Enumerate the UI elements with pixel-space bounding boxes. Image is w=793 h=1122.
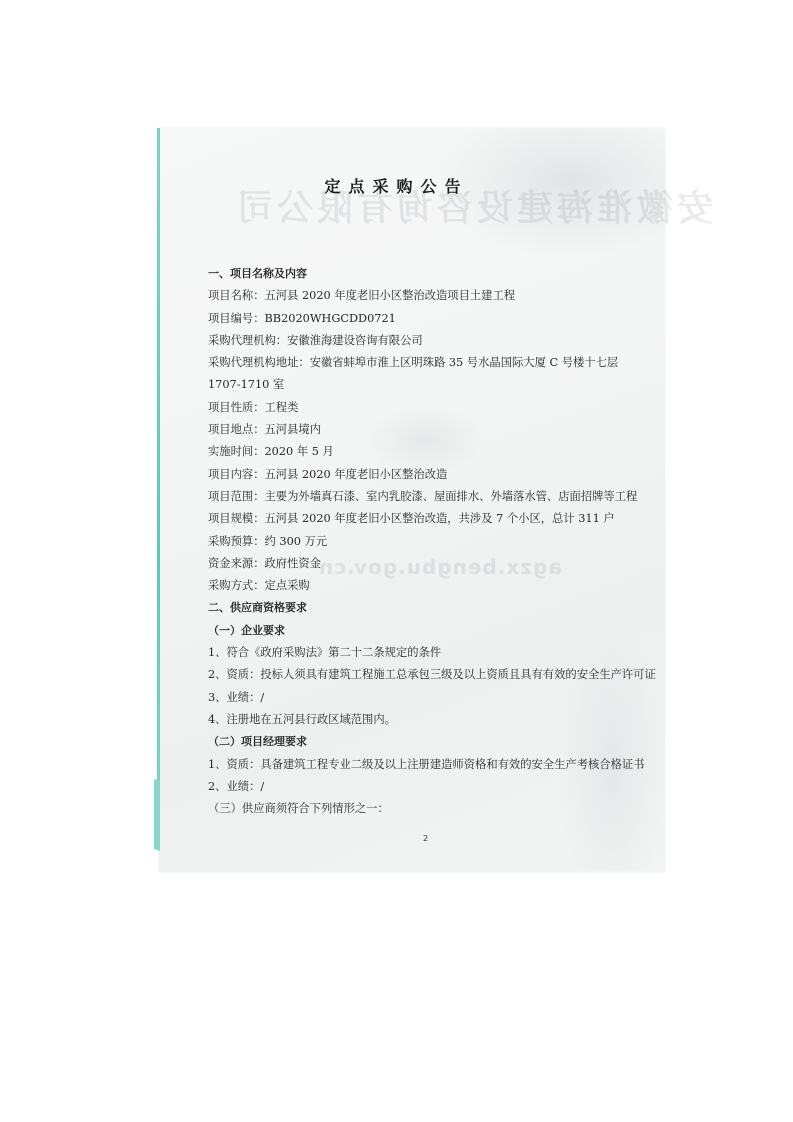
field-method: 采购方式：定点采购 <box>208 575 638 597</box>
requirement-item: 2、资质：投标人须具有建筑工程施工总承包三级及以上资质且具有有效的安全生产许可证 <box>208 664 638 686</box>
field-value: 安徽淮海建设咨询有限公司 <box>287 334 423 347</box>
section-heading: 一、项目名称及内容 <box>208 263 638 285</box>
section-heading: 二、供应商资格要求 <box>208 597 638 619</box>
document-title: 定点采购公告 <box>0 174 793 197</box>
field-project-number: 项目编号：BB2020WHGCDD0721 <box>208 308 638 330</box>
field-schedule: 实施时间：2020 年 5 月 <box>208 441 638 463</box>
field-scale: 项目规模：五河县 2020 年度老旧小区整治改造，共涉及 7 个小区，总计 31… <box>208 508 638 530</box>
document-body: 一、项目名称及内容 项目名称：五河县 2020 年度老旧小区整治改造项目土建工程… <box>208 263 638 820</box>
field-value: 2020 年 5 月 <box>265 445 334 458</box>
field-content: 项目内容：五河县 2020 年度老旧小区整治改造 <box>208 464 638 486</box>
field-value: 约 300 万元 <box>265 535 328 548</box>
subsection-heading: （二）项目经理要求 <box>208 731 638 753</box>
requirement-item: 1、符合《政府采购法》第二十二条规定的条件 <box>208 642 638 664</box>
paper-edge-fold <box>154 779 160 851</box>
field-value: 定点采购 <box>265 579 310 592</box>
requirement-item: 4、注册地在五河县行政区域范围内。 <box>208 709 638 731</box>
field-value: 五河县 2020 年度老旧小区整治改造，共涉及 7 个小区，总计 311 户 <box>265 512 615 525</box>
field-label: 采购代理机构： <box>208 334 287 347</box>
field-location: 项目地点：五河县境内 <box>208 419 638 441</box>
field-budget: 采购预算：约 300 万元 <box>208 531 638 553</box>
field-value: BB2020WHGCDD0721 <box>265 312 396 325</box>
field-label: 实施时间： <box>208 445 265 458</box>
field-value: 五河县 2020 年度老旧小区整治改造 <box>265 468 448 481</box>
field-label: 采购代理机构地址： <box>208 356 310 369</box>
field-project-name: 项目名称：五河县 2020 年度老旧小区整治改造项目土建工程 <box>208 285 638 307</box>
field-label: 项目范围： <box>208 490 265 503</box>
subsection-heading: （一）企业要求 <box>208 620 638 642</box>
requirement-item: 3、业绩：/ <box>208 687 638 709</box>
field-value: 主要为外墙真石漆、室内乳胶漆、屋面排水、外墙落水管、店面招牌等工程 <box>265 490 638 503</box>
requirement-item: 2、业绩：/ <box>208 776 638 798</box>
requirement-item: 1、资质：具备建筑工程专业二级及以上注册建造师资格和有效的安全生产考核合格证书 <box>208 754 638 776</box>
field-scope: 项目范围：主要为外墙真石漆、室内乳胶漆、屋面排水、外墙落水管、店面招牌等工程 <box>208 486 638 508</box>
field-value: 工程类 <box>265 401 299 414</box>
subsection-heading: （三）供应商须符合下列情形之一： <box>208 798 638 820</box>
field-label: 项目内容： <box>208 468 265 481</box>
field-label: 项目性质： <box>208 401 265 414</box>
field-label: 资金来源： <box>208 557 265 570</box>
field-label: 项目规模： <box>208 512 265 525</box>
field-value: 五河县 2020 年度老旧小区整治改造项目土建工程 <box>265 289 516 302</box>
field-agency-address: 采购代理机构地址：安徽省蚌埠市淮上区明珠路 35 号水晶国际大厦 C 号楼十七层… <box>208 352 638 397</box>
field-label: 采购预算： <box>208 535 265 548</box>
field-label: 项目名称： <box>208 289 265 302</box>
field-nature: 项目性质：工程类 <box>208 397 638 419</box>
field-value: 五河县境内 <box>265 423 322 436</box>
field-funding: 资金来源：政府性资金 <box>208 553 638 575</box>
paper-edge <box>157 128 160 848</box>
field-value: 政府性资金 <box>265 557 322 570</box>
field-label: 项目地点： <box>208 423 265 436</box>
field-label: 项目编号： <box>208 312 265 325</box>
field-label: 采购方式： <box>208 579 265 592</box>
field-agency: 采购代理机构：安徽淮海建设咨询有限公司 <box>208 330 638 352</box>
page-number: 2 <box>423 834 428 843</box>
